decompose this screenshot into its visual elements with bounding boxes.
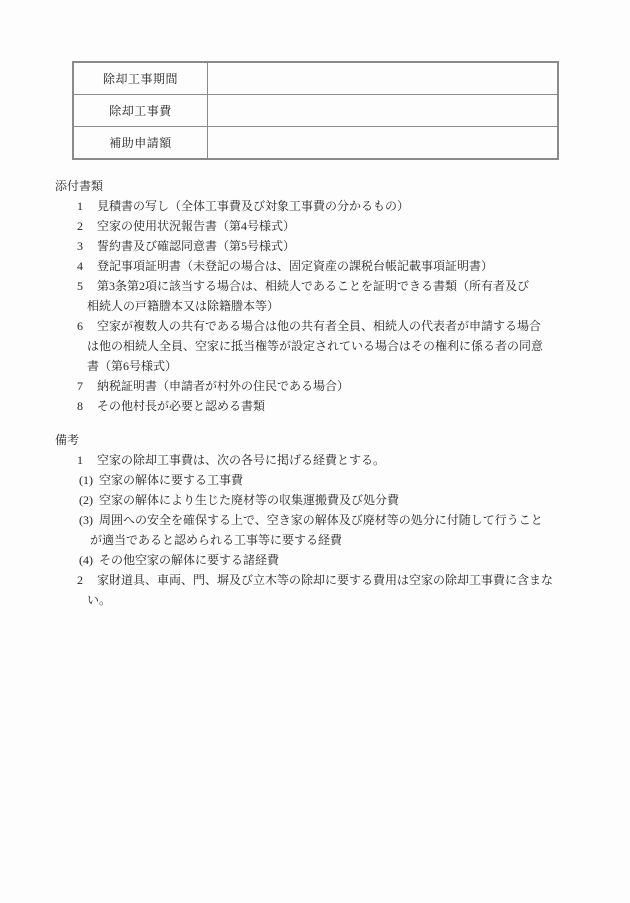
row-value-demolition-period[interactable]: [208, 62, 559, 95]
remark-subitem-4: (4)その他空家の解体に要する諸経費: [0, 550, 630, 570]
list-line-continuation: は他の相続人全員、空家に抵当権等が設定されている場合はその権利に係る者の同意: [0, 336, 630, 356]
row-label-demolition-cost: 除却工事費: [73, 95, 208, 127]
list-line: (3)周囲への安全を確保する上で、空き家の解体及び廃材等の処分に付随して行うこと: [0, 510, 630, 530]
attachment-item-2: 2空家の使用状況報告書（第4号様式）: [0, 216, 630, 236]
list-line: 4登記事項証明書（未登記の場合は、固定資産の課税台帳記載事項証明書）: [0, 256, 630, 276]
list-line: 3誓約書及び確認同意書（第5号様式）: [0, 236, 630, 256]
remark-subitem-1: (1)空家の解体に要する工事費: [0, 470, 630, 490]
remark-subitem-2: (2)空家の解体により生じた廃材等の収集運搬費及び処分費: [0, 490, 630, 510]
item-text: 空家の使用状況報告書（第4号様式）: [97, 219, 295, 233]
item-text: 第3条第2項に該当する場合は、相続人であることを証明できる書類（所有者及び: [97, 279, 529, 293]
table-row-demolition-period: 除却工事期間: [73, 62, 558, 95]
section-gap: [0, 416, 630, 430]
list-line: 5第3条第2項に該当する場合は、相続人であることを証明できる書類（所有者及び: [0, 276, 630, 296]
list-line: 7納税証明書（申請者が村外の住民である場合）: [0, 376, 630, 396]
attachments-heading: 添付書類: [0, 176, 630, 196]
attachment-item-4: 4登記事項証明書（未登記の場合は、固定資産の課税台帳記載事項証明書）: [0, 256, 630, 276]
row-label-demolition-period: 除却工事期間: [73, 62, 208, 95]
list-line: 6空家が複数人の共有である場合は他の共有者全員、相続人の代表者が申請する場合: [0, 316, 630, 336]
subitem-number: (3): [79, 510, 99, 530]
row-value-subsidy-amount[interactable]: [208, 127, 559, 160]
item-number: 6: [77, 316, 97, 336]
attachment-item-6: 6空家が複数人の共有である場合は他の共有者全員、相続人の代表者が申請する場合 は…: [0, 316, 630, 376]
list-line: (4)その他空家の解体に要する諸経費: [0, 550, 630, 570]
list-line: 1見積書の写し（全体工事費及び対象工事費の分かるもの）: [0, 196, 630, 216]
item-number: 4: [77, 256, 97, 276]
attachment-item-7: 7納税証明書（申請者が村外の住民である場合）: [0, 376, 630, 396]
item-number: 1: [77, 450, 97, 470]
subitem-text: 空家の解体により生じた廃材等の収集運搬費及び処分費: [99, 493, 399, 507]
subitem-number: (2): [79, 490, 99, 510]
list-line-continuation: 書（第6号様式）: [0, 356, 630, 376]
row-label-subsidy-amount: 補助申請額: [73, 127, 208, 160]
subitem-number: (1): [79, 470, 99, 490]
remarks-heading: 備考: [0, 430, 630, 450]
list-line: 2家財道具、車両、門、塀及び立木等の除却に要する費用は空家の除却工事費に含まな: [0, 570, 630, 590]
list-line: (1)空家の解体に要する工事費: [0, 470, 630, 490]
attachment-item-5: 5第3条第2項に該当する場合は、相続人であることを証明できる書類（所有者及び 相…: [0, 276, 630, 316]
item-number: 3: [77, 236, 97, 256]
list-line-continuation: が適当であると認められる工事等に要する経費: [0, 530, 630, 550]
attachment-item-3: 3誓約書及び確認同意書（第5号様式）: [0, 236, 630, 256]
list-line-continuation: 相続人の戸籍謄本又は除籍謄本等）: [0, 296, 630, 316]
remark-subitem-3: (3)周囲への安全を確保する上で、空き家の解体及び廃材等の処分に付随して行うこと…: [0, 510, 630, 550]
list-line: (2)空家の解体により生じた廃材等の収集運搬費及び処分費: [0, 490, 630, 510]
item-text: 見積書の写し（全体工事費及び対象工事費の分かるもの）: [97, 199, 409, 213]
document-page: 除却工事期間 除却工事費 補助申請額 添付書類 1見積書の写し（全体工事費及び対…: [0, 0, 630, 903]
document-body: 添付書類 1見積書の写し（全体工事費及び対象工事費の分かるもの） 2空家の使用状…: [0, 176, 630, 610]
item-number: 2: [77, 216, 97, 236]
attachment-item-1: 1見積書の写し（全体工事費及び対象工事費の分かるもの）: [0, 196, 630, 216]
item-number: 8: [77, 396, 97, 416]
item-number: 7: [77, 376, 97, 396]
item-number: 2: [77, 570, 97, 590]
subitem-text: 空家の解体に要する工事費: [99, 473, 243, 487]
remark-item-1: 1空家の除却工事費は、次の各号に掲げる経費とする。 (1)空家の解体に要する工事…: [0, 450, 630, 570]
item-text: 空家が複数人の共有である場合は他の共有者全員、相続人の代表者が申請する場合: [97, 319, 541, 333]
summary-table: 除却工事期間 除却工事費 補助申請額: [72, 61, 559, 160]
table-row-demolition-cost: 除却工事費: [73, 95, 558, 127]
subitem-text: 周囲への安全を確保する上で、空き家の解体及び廃材等の処分に付随して行うこと: [99, 513, 543, 527]
subitem-text: その他空家の解体に要する諸経費: [99, 553, 279, 567]
item-text: 空家の除却工事費は、次の各号に掲げる経費とする。: [97, 453, 385, 467]
item-text: 納税証明書（申請者が村外の住民である場合）: [97, 379, 349, 393]
item-number: 5: [77, 276, 97, 296]
item-text: 家財道具、車両、門、塀及び立木等の除却に要する費用は空家の除却工事費に含まな: [97, 573, 553, 587]
item-text: 登記事項証明書（未登記の場合は、固定資産の課税台帳記載事項証明書）: [97, 259, 493, 273]
list-line-continuation: い。: [0, 590, 630, 610]
item-text: その他村長が必要と認める書類: [97, 399, 265, 413]
row-value-demolition-cost[interactable]: [208, 95, 559, 127]
remark-item-2: 2家財道具、車両、門、塀及び立木等の除却に要する費用は空家の除却工事費に含まな …: [0, 570, 630, 610]
item-number: 1: [77, 196, 97, 216]
attachment-item-8: 8その他村長が必要と認める書類: [0, 396, 630, 416]
subitem-number: (4): [79, 550, 99, 570]
table-row-subsidy-amount: 補助申請額: [73, 127, 558, 160]
item-text: 誓約書及び確認同意書（第5号様式）: [97, 239, 295, 253]
list-line: 2空家の使用状況報告書（第4号様式）: [0, 216, 630, 236]
list-line: 8その他村長が必要と認める書類: [0, 396, 630, 416]
list-line: 1空家の除却工事費は、次の各号に掲げる経費とする。: [0, 450, 630, 470]
